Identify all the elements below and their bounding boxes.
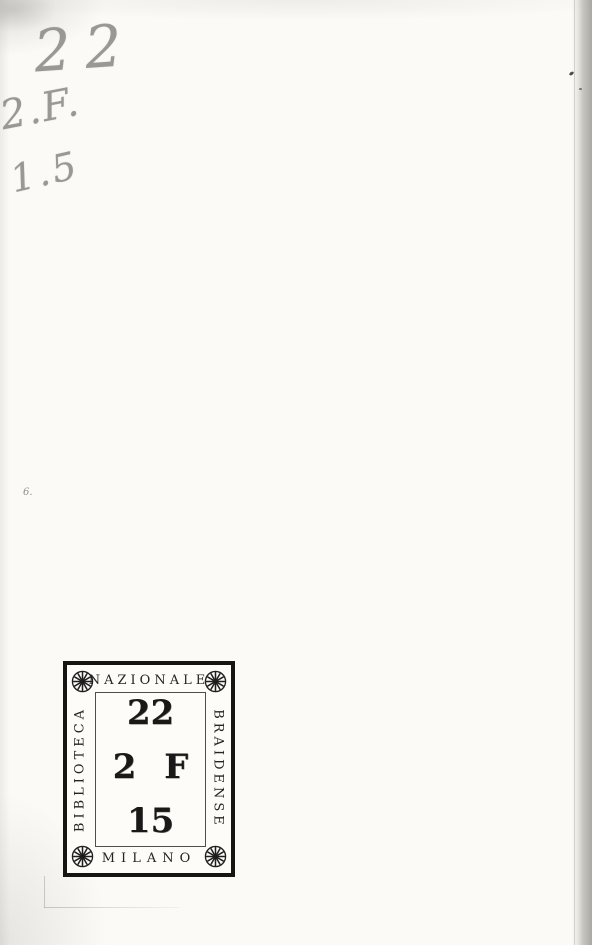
margin-mark: 6. <box>23 487 33 498</box>
page-crease <box>44 876 45 908</box>
page-edge-shadow <box>572 0 592 945</box>
stamp-label-braidense: BRAIDENSE <box>211 689 226 849</box>
stamp-label-nazionale: NAZIONALE <box>67 673 231 688</box>
handwritten-shelf-sub: 1.5 <box>6 143 84 201</box>
page-crease <box>44 907 179 908</box>
stamp-shelfmark-line: 15 <box>127 803 174 840</box>
ink-speck <box>579 88 582 90</box>
stamp-label-milano: MILANO <box>67 851 231 866</box>
stamp-shelfmark-line: 22 <box>127 695 174 732</box>
library-stamp: NAZIONALE BIBLIOTECA BRAIDENSE MILANO 22… <box>63 661 235 877</box>
scanned-page: 22 2.F. 1.5 6. <box>0 0 592 945</box>
handwritten-shelf-code: 2.F. <box>0 79 84 139</box>
stamp-shelfmark-panel: 22 2 F 15 <box>95 692 206 847</box>
stamp-shelfmark-line: 2 F <box>113 749 189 786</box>
stamp-label-biblioteca: BIBLIOTECA <box>73 689 88 849</box>
handwritten-shelf-number: 22 <box>32 11 138 86</box>
